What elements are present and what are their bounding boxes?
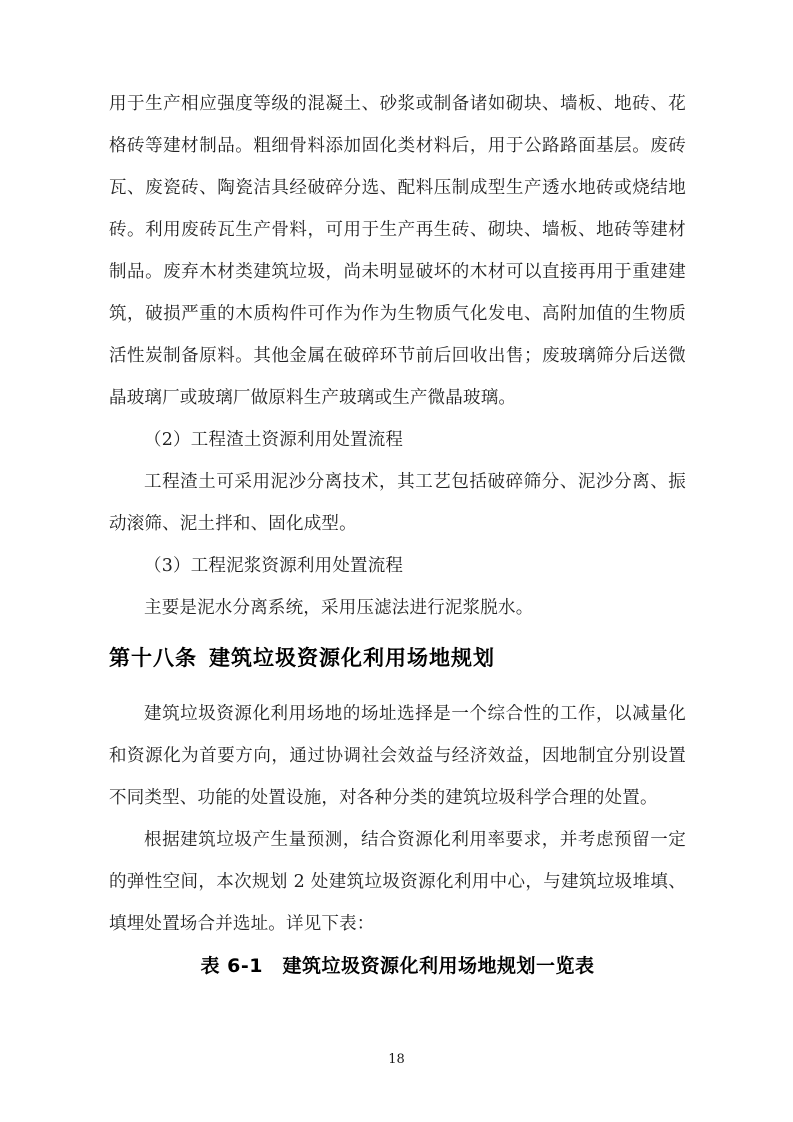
list-item-2-title: （2）工程渣土资源利用处置流程: [109, 419, 686, 461]
list-item-3-body: 主要是泥水分离系统，采用压滤法进行泥浆脱水。: [109, 587, 686, 629]
list-item-2-body: 工程渣土可采用泥沙分离技术，其工艺包括破碎筛分、泥沙分离、振动滚筛、泥土拌和、固…: [109, 461, 686, 545]
paragraph-resource-utilization-continuation: 用于生产相应强度等级的混凝土、砂浆或制备诸如砌块、墙板、地砖、花格砖等建材制品。…: [109, 83, 686, 419]
page-content: 用于生产相应强度等级的混凝土、砂浆或制备诸如砌块、墙板、地砖、花格砖等建材制品。…: [109, 83, 686, 987]
paragraph-planning-summary: 根据建筑垃圾产生量预测，结合资源化利用率要求，并考虑预留一定的弹性空间，本次规划…: [109, 819, 686, 945]
list-item-3-title: （3）工程泥浆资源利用处置流程: [109, 545, 686, 587]
article-number: 第十八条: [109, 646, 197, 670]
table-6-1-caption: 表 6-1 建筑垃圾资源化利用场地规划一览表: [109, 945, 686, 987]
page-number: 18: [0, 1052, 793, 1067]
document-page: 用于生产相应强度等级的混凝土、砂浆或制备诸如砌块、墙板、地砖、花格砖等建材制品。…: [0, 0, 793, 1122]
article-18-heading: 第十八条建筑垃圾资源化利用场地规划: [109, 637, 686, 679]
article-title: 建筑垃圾资源化利用场地规划: [209, 646, 495, 670]
paragraph-site-selection: 建筑垃圾资源化利用场地的场址选择是一个综合性的工作，以减量化和资源化为首要方向，…: [109, 693, 686, 819]
